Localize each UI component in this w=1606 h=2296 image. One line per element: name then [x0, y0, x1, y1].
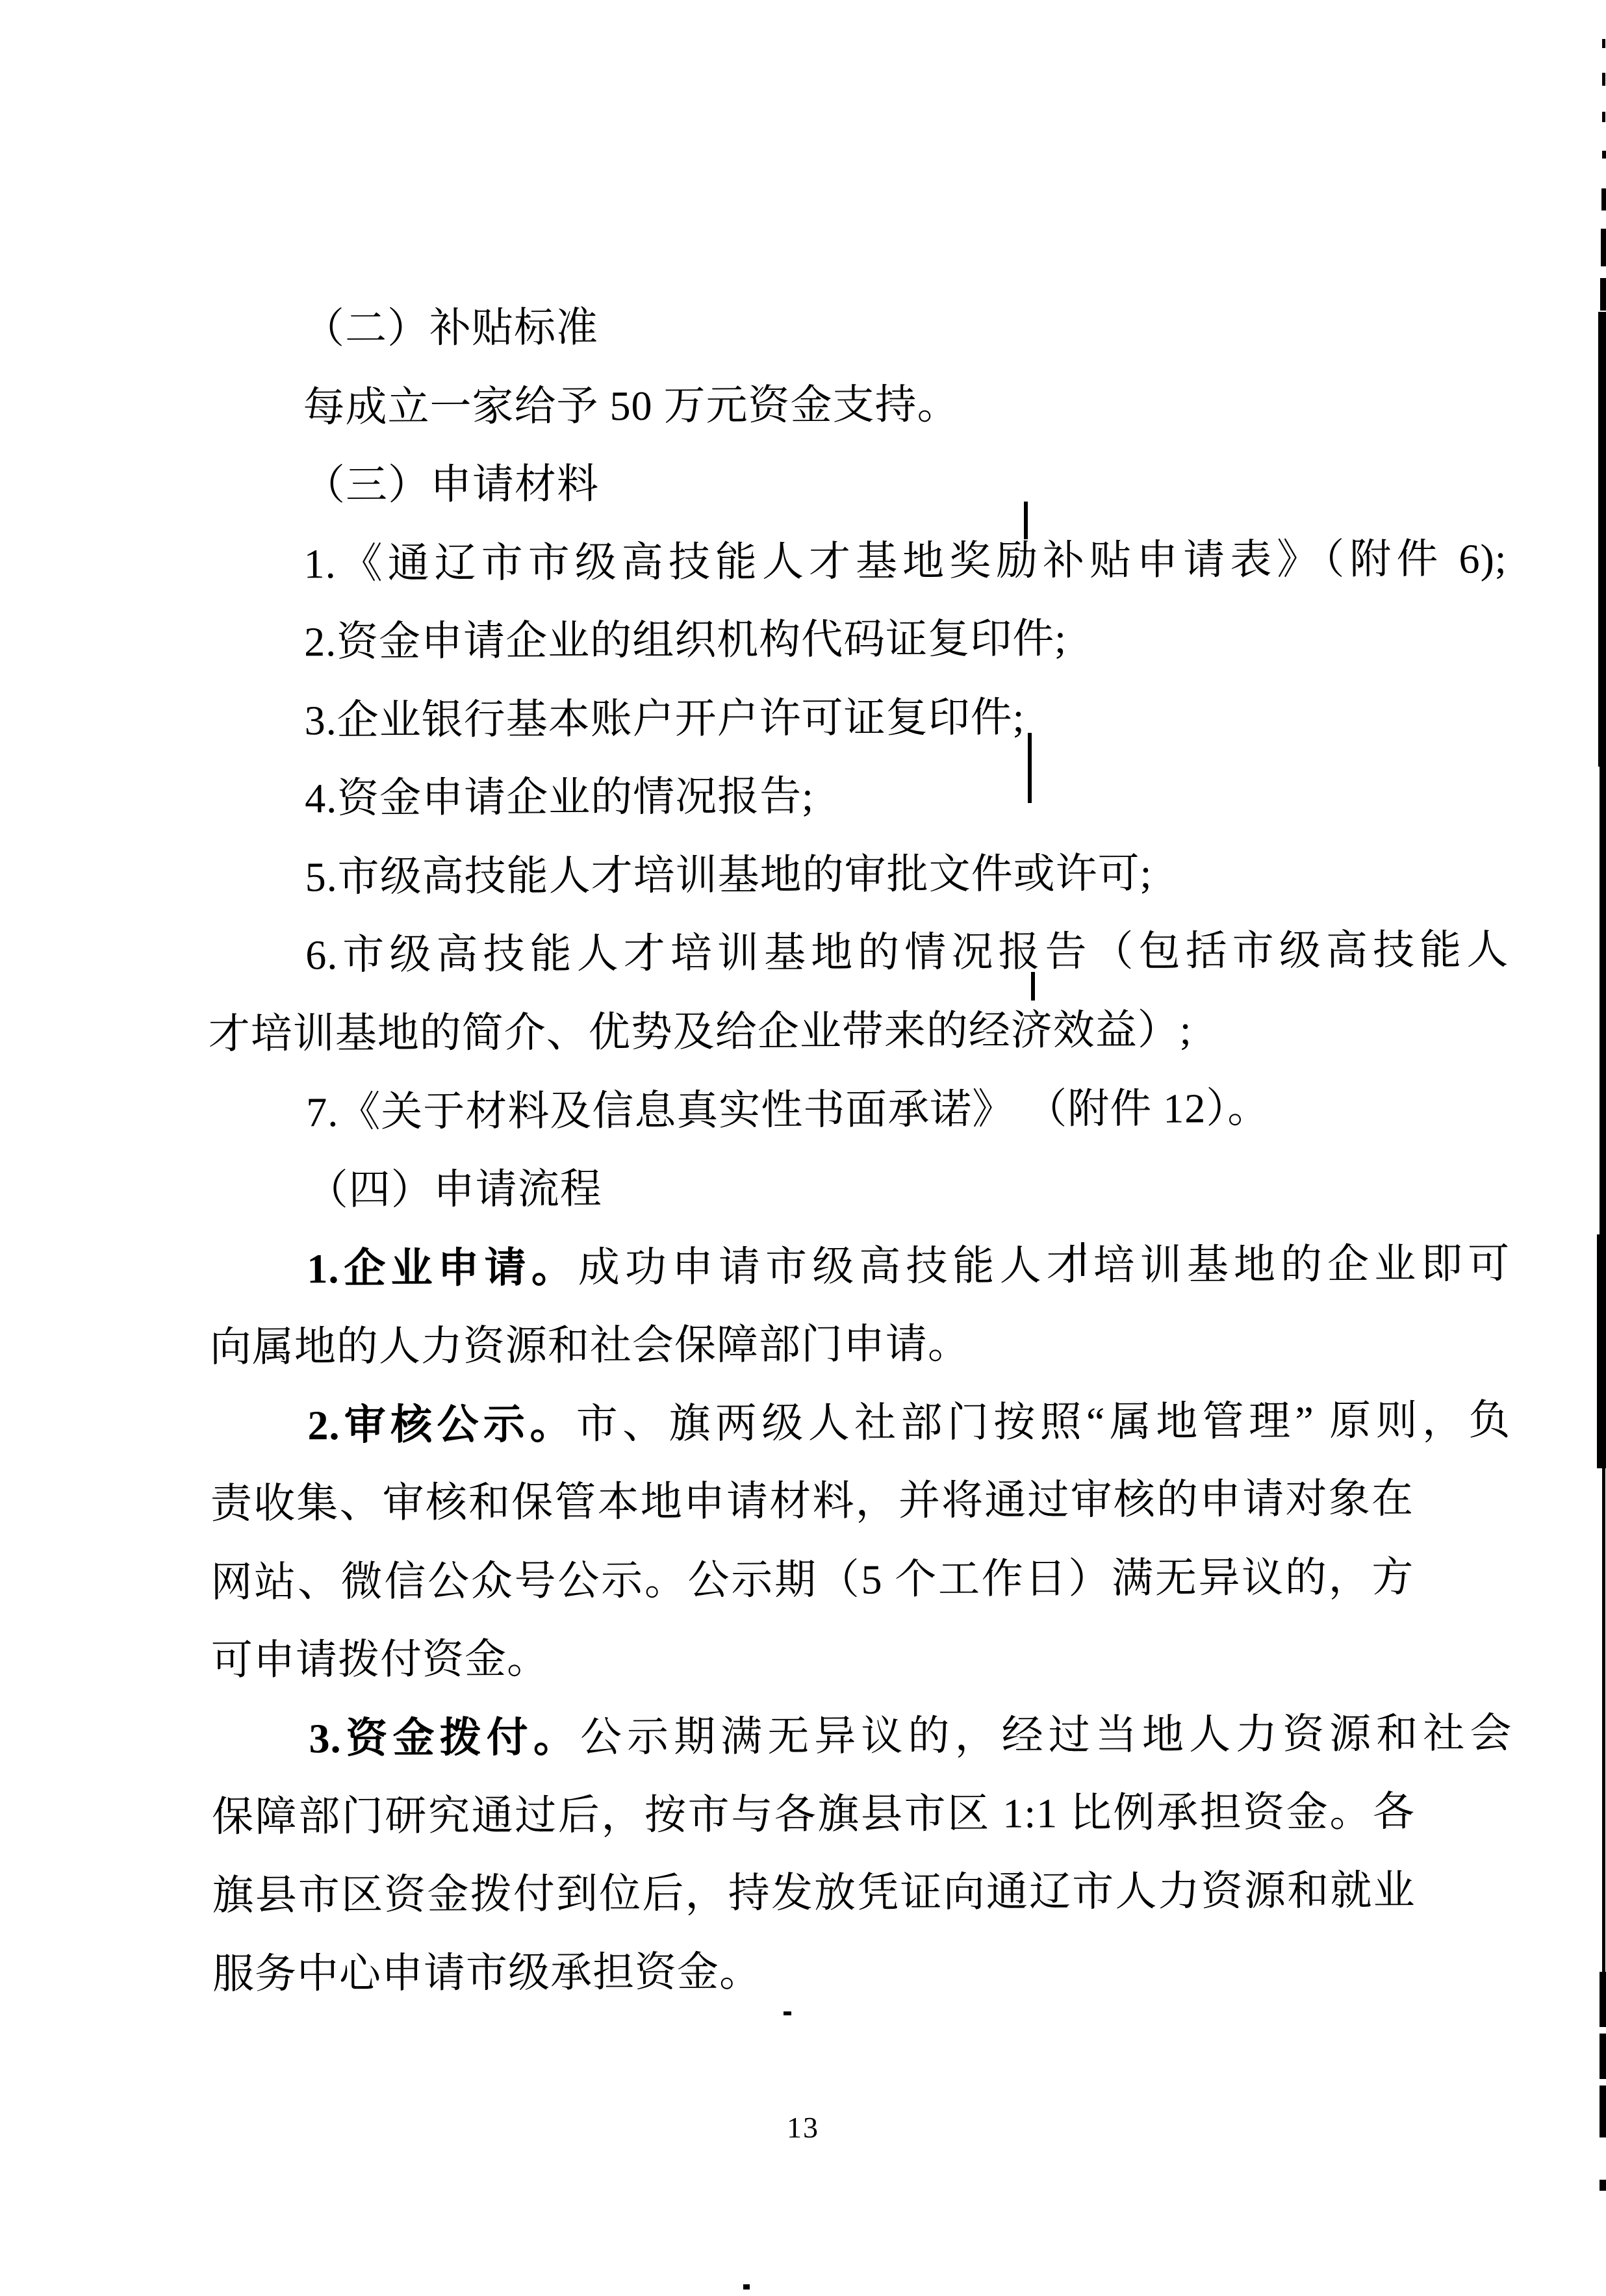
bold-lead: 3.资金拨付。: [309, 1715, 580, 1762]
text-line: 可申请拨付资金。: [211, 1624, 1414, 1692]
text-line: 保障部门研究通过后，按市与各旗县市区 1:1 比例承担资金。各: [212, 1781, 1415, 1848]
scan-edge-band: [1602, 73, 1605, 86]
text-line: 1.《通辽市市级高技能人才基地奖励补贴申请表》（附件 6);: [206, 528, 1507, 596]
text-line: 3.资金拨付。公示期满无异议的，经过当地人力资源和社会: [211, 1702, 1512, 1770]
scanned-document-page: （二）补贴标准每成立一家给予 50 万元资金支持。（三）申请材料1.《通辽市市级…: [0, 0, 1606, 2296]
text-line: 1.企业申请。成功申请市级高技能人才培训基地的企业即可: [209, 1232, 1510, 1301]
text-line: 旗县市区资金拨付到位后，持发放凭证向通辽市人力资源和就业: [212, 1859, 1415, 1927]
page-number: 13: [0, 2110, 1606, 2145]
text-line: 向属地的人力资源和社会保障部门申请。: [210, 1311, 1413, 1379]
text-line: （四）申请流程: [209, 1154, 1510, 1222]
document-text-block: （二）补贴标准每成立一家给予 50 万元资金支持。（三）申请材料1.《通辽市市级…: [0, 0, 1606, 2296]
scan-edge-band: [1597, 1234, 1606, 1468]
scan-edge-band: [1600, 2180, 1606, 2191]
text-line: 7.《关于材料及信息真实性书面承诺》 （附件 12）。: [209, 1076, 1509, 1144]
text-line: 服务中心申请市级承担资金。: [212, 1938, 1416, 2006]
scan-edge-band: [1598, 312, 1606, 767]
scan-edge-band: [1600, 278, 1606, 311]
stray-ink-mark: [1081, 1242, 1084, 1276]
text-line: 网站、微信公众号公示。公示期（5 个工作日）满无异议的，方: [210, 1546, 1414, 1614]
scan-edge-band: [1601, 188, 1606, 210]
text-line: （二）补贴标准: [205, 292, 1506, 361]
stray-ink-mark: [743, 2284, 750, 2290]
scan-edge-band: [1600, 767, 1606, 1234]
scan-edge-band: [1602, 1468, 1605, 1972]
text-line: 5.市级高技能人才培训基地的审批文件或许可;: [208, 841, 1509, 909]
scan-edge-band: [1602, 112, 1605, 122]
text-line: （三）申请材料: [206, 449, 1507, 517]
text-line: 责收集、审核和保管本地申请材料，并将通过审核的申请对象在: [210, 1468, 1414, 1535]
scan-edge-band: [1602, 39, 1605, 48]
stray-ink-mark: [1024, 502, 1028, 539]
scan-edge-band: [1601, 229, 1606, 266]
stray-ink-mark: [1031, 972, 1035, 1001]
scan-edge-band: [1600, 2034, 1606, 2079]
text-line: 2.资金申请企业的组织机构代码证复印件;: [207, 606, 1507, 674]
scan-edge-band: [1600, 2086, 1606, 2137]
bold-lead: 2.审核公示。: [307, 1401, 576, 1449]
text-line: 4.资金申请企业的情况报告;: [207, 762, 1508, 830]
scan-edge-band: [1600, 1972, 1606, 2027]
bold-lead: 1.企业申请。: [307, 1245, 578, 1292]
text-line: 每成立一家给予 50 万元资金支持。: [205, 371, 1506, 439]
text-line: 6.市级高技能人才培训基地的情况报告（包括市级高技能人: [208, 919, 1509, 987]
text-line: 3.企业银行基本账户开户许可证复印件;: [207, 684, 1507, 752]
stray-ink-mark: [1028, 733, 1032, 803]
stray-ink-mark: [784, 2011, 791, 2015]
text-line: 2.审核公示。市、旗两级人社部门按照“属地管理” 原则，负: [210, 1389, 1510, 1457]
scan-edge-band: [1602, 151, 1606, 159]
text-line: 才培训基地的简介、优势及给企业带来的经济效益）;: [209, 998, 1412, 1065]
